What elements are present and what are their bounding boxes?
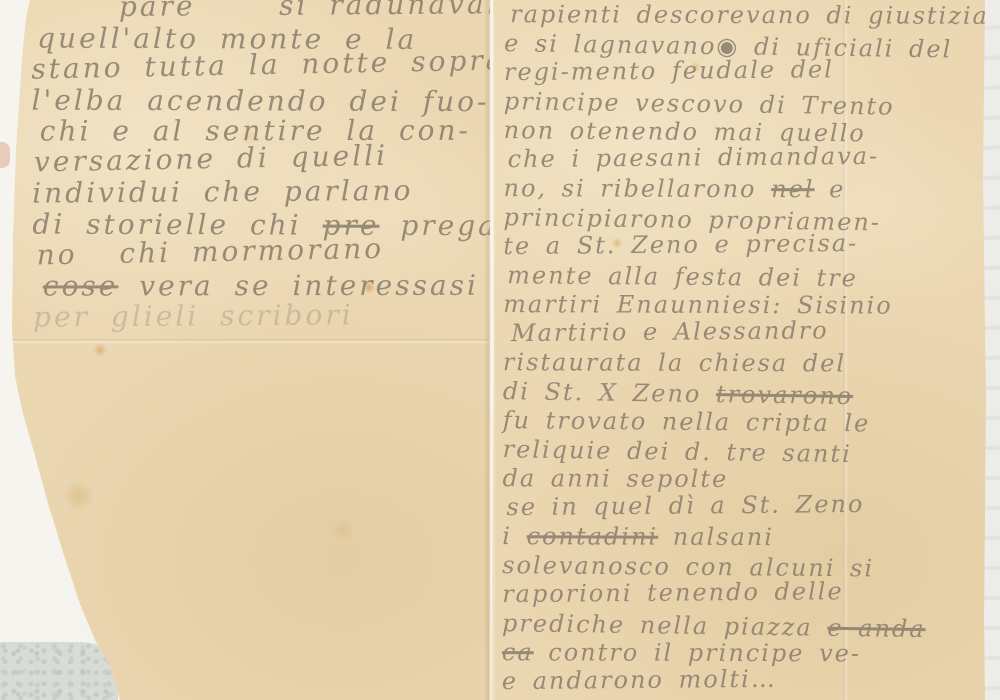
right-page: rapienti descorevano di giustiziacase si…: [491, 0, 988, 700]
handwritten-line: fu trovato nella cripta le: [503, 406, 986, 439]
page-seam: [484, 0, 496, 700]
handwritten-line: no, si ribellarono nel e: [503, 174, 986, 205]
handwritten-line: versazione di quelli: [32, 138, 483, 178]
handwritten-segment: cose: [43, 269, 119, 302]
handwritten-segment: individui che parlano: [32, 174, 413, 210]
left-page-text: pare si radunavano inquell'alto monte e …: [31, 0, 483, 333]
handwritten-segment: e: [814, 175, 845, 203]
handwritten-segment: nalsani: [658, 523, 774, 551]
handwritten-line: se in quel dì a St. Zeno: [502, 489, 985, 522]
handwritten-segment: reliquie dei d. tre santi: [502, 435, 852, 468]
handwritten-segment: contro il principe ve-: [534, 638, 861, 667]
handwritten-segment: trovarono: [716, 380, 854, 410]
handwritten-segment: no, si ribellarono: [504, 174, 772, 203]
handwritten-segment: Martirio e Alessandro: [511, 316, 829, 347]
handwritten-segment: ristaurata la chiesa del: [503, 348, 846, 377]
handwritten-segment: te a St. Zeno e precisa-: [503, 229, 858, 260]
handwritten-segment: ca: [502, 638, 534, 666]
horizontal-fold-crease: [0, 339, 490, 343]
handwritten-line: te a St. Zeno e precisa-: [503, 228, 986, 261]
handwritten-segment: mente alla festa dei tre: [507, 261, 858, 292]
handwritten-segment: per glieli scribori: [33, 298, 354, 333]
handwritten-segment: i: [502, 522, 526, 550]
handwritten-segment: regi-mento feudale del: [504, 55, 834, 86]
table-surface-corner: [0, 642, 118, 700]
stain: [92, 344, 108, 356]
stain: [330, 520, 356, 540]
handwritten-line: e andarono molti…: [502, 663, 985, 696]
handwritten-segment: martiri Enaunniesi: Sisinio: [503, 290, 893, 319]
handwritten-line: mente alla festa dei tre: [503, 261, 986, 294]
handwritten-segment: prediche nella piazza: [502, 609, 828, 642]
handwritten-segment: principe vescovo di Trento: [504, 87, 895, 120]
document-scan: pare si radunavano inquell'alto monte e …: [0, 0, 1000, 700]
handwritten-segment: raporioni tenendo delle: [502, 577, 844, 608]
handwritten-segment: che i paesani dimandava-: [508, 142, 880, 173]
handwritten-segment: da anni sepolte: [502, 464, 728, 493]
handwritten-line: stano tutta la notte sopra-: [31, 45, 482, 85]
handwritten-segment: se in quel dì a St. Zeno: [506, 490, 864, 521]
handwritten-line: cose vera se interessasi: [33, 270, 483, 302]
handwritten-segment: vera se interessasi: [118, 269, 479, 303]
handwritten-segment: fu trovato nella cripta le: [503, 406, 871, 437]
handwritten-line: ristaurata la chiesa del: [503, 348, 986, 379]
handwritten-line: regi-mento feudale del: [504, 54, 987, 87]
handwritten-line: rapienti descorevano di giustiziacas: [504, 0, 987, 31]
right-page-text: rapienti descorevano di giustiziacase si…: [502, 0, 987, 698]
handwritten-line: no chi mormorano: [32, 231, 483, 271]
handwritten-segment: di St. X Zeno: [503, 377, 717, 408]
handwritten-line: individui che parlano: [32, 174, 482, 208]
paper-fleck: [0, 142, 10, 168]
handwritten-segment: versazione di quelli: [34, 139, 389, 179]
handwritten-segment: no chi mormorano: [36, 232, 384, 272]
handwritten-line: raporioni tenendo delle: [502, 576, 985, 609]
handwritten-line: i contadini nalsani: [502, 522, 985, 553]
handwritten-segment: rapienti descorevano di giustizia: [510, 0, 989, 30]
stain: [62, 482, 96, 510]
handwritten-segment: contadini: [527, 522, 659, 550]
handwritten-line: per glieli scribori: [33, 298, 483, 332]
handwritten-line: Martirio e Alessandro: [503, 315, 986, 348]
handwritten-line: che i paesani dimandava-: [504, 141, 987, 174]
handwritten-line: pare si radunavano in: [31, 0, 481, 23]
handwritten-segment: nel: [771, 175, 814, 203]
handwritten-segment: e andarono molti…: [502, 665, 777, 695]
handwritten-line: l'elba acendendo dei fuo-: [32, 85, 482, 118]
